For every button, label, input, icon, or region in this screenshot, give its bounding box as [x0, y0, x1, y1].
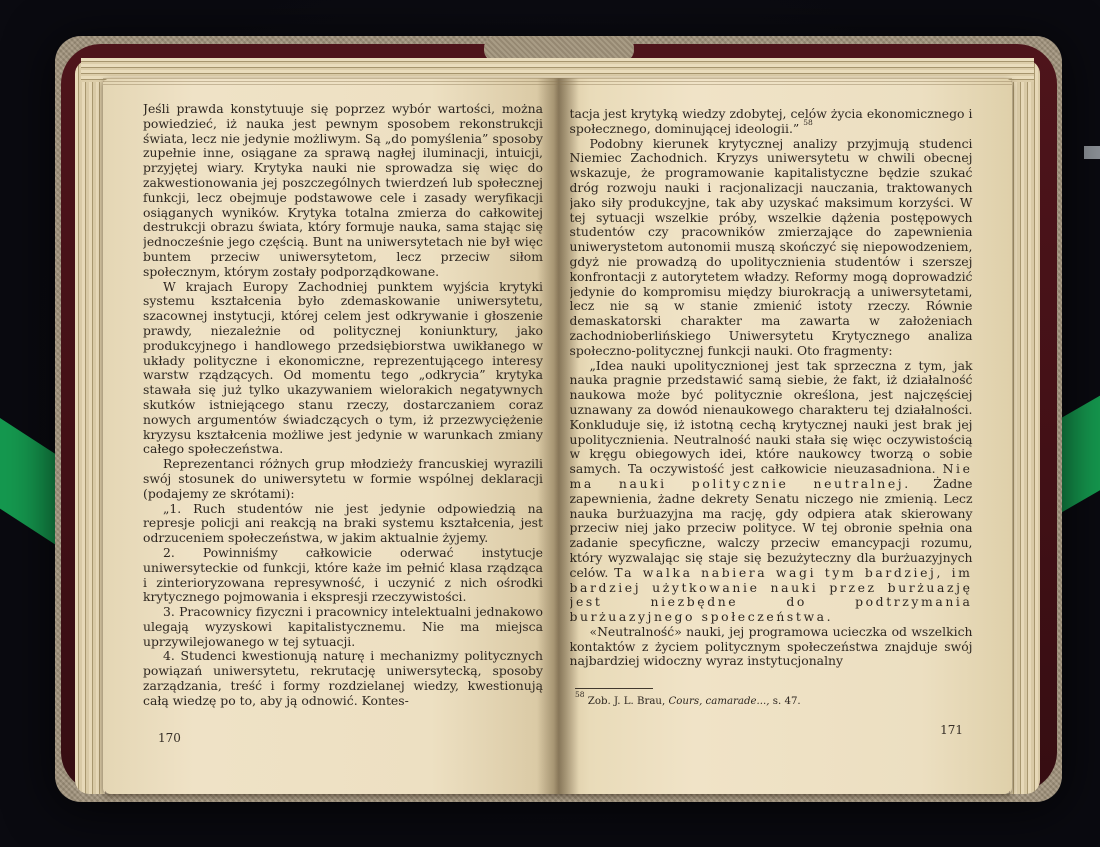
paragraph: Jeśli prawda konstytuuje się poprzez wyb… — [143, 102, 543, 280]
text-segment: 4. Studenci kwestionują naturę i mechani… — [143, 648, 543, 707]
page-left: Jeśli prawda konstytuuje się poprzez wyb… — [103, 78, 558, 794]
text-segment: Zob. J. L. Brau, — [585, 696, 669, 707]
text-segment: «Neutralność» nauki, jej programowa ucie… — [570, 624, 973, 669]
text-segment: 58 — [575, 690, 585, 699]
paragraph: Reprezentanci różnych grup młodzieży fra… — [143, 457, 543, 501]
page-stack-edge-left — [75, 60, 105, 794]
paragraph: W krajach Europy Zachodniej punktem wyjś… — [143, 280, 543, 458]
text-segment: Reprezentanci różnych grup młodzieży fra… — [143, 456, 543, 501]
footnote-rule — [575, 688, 653, 689]
page-right-text: tacja jest krytyką wiedzy zdobytej, celó… — [570, 107, 973, 685]
page-stack-edge-right — [1010, 60, 1040, 794]
paragraph: «Neutralność» nauki, jej programowa ucie… — [570, 625, 973, 669]
text-segment: tacja jest krytyką wiedzy zdobytej, celó… — [570, 107, 973, 136]
page-number-left: 170 — [158, 731, 181, 745]
text-segment: Jeśli prawda konstytuuje się poprzez wyb… — [143, 102, 543, 279]
text-segment: s. 47. — [770, 696, 801, 707]
paragraph: 4. Studenci kwestionują naturę i mechani… — [143, 649, 543, 708]
text-segment: 2. Powinniśmy całkowicie oderwać instytu… — [143, 545, 543, 604]
text-segment: 3. Pracownicy fizyczni i pracownicy inte… — [143, 604, 543, 649]
paragraph: 2. Powinniśmy całkowicie oderwać instytu… — [143, 546, 543, 605]
paragraph: „Idea nauki upolitycznionej jest tak spr… — [570, 359, 973, 625]
paragraph: tacja jest krytyką wiedzy zdobytej, celó… — [570, 107, 973, 137]
text-segment: 58 — [803, 118, 813, 127]
open-book: Jeśli prawda konstytuuje się poprzez wyb… — [55, 36, 1062, 802]
open-pages: Jeśli prawda konstytuuje się poprzez wyb… — [103, 78, 1012, 794]
page-left-text: Jeśli prawda konstytuuje się poprzez wyb… — [143, 102, 543, 724]
page-right: tacja jest krytyką wiedzy zdobytej, celó… — [558, 78, 1013, 794]
text-segment: Podobny kierunek krytycznej analizy przy… — [570, 136, 973, 358]
text-segment: Cours, camarade..., — [668, 696, 769, 707]
photo-background: Jeśli prawda konstytuuje się poprzez wyb… — [0, 0, 1100, 847]
paragraph: 3. Pracownicy fizyczni i pracownicy inte… — [143, 605, 543, 649]
footnote-text: 58 Zob. J. L. Brau, Cours, camarade..., … — [575, 695, 930, 708]
paragraph: „1. Ruch studentów nie jest jedynie odpo… — [143, 502, 543, 546]
text-segment: „Idea nauki upolitycznionej jest tak spr… — [570, 358, 973, 477]
gutter-shadow — [537, 78, 579, 794]
page-number-right: 171 — [940, 723, 963, 737]
top-sheet-lines — [103, 78, 1012, 87]
footnote: 58 Zob. J. L. Brau, Cours, camarade..., … — [575, 688, 930, 708]
gray-bar — [1084, 146, 1100, 159]
text-segment: W krajach Europy Zachodniej punktem wyjś… — [143, 279, 543, 457]
text-segment: „1. Ruch studentów nie jest jedynie odpo… — [143, 501, 543, 546]
text-segment: Ta walka nabiera wagi tym bardziej, im b… — [570, 565, 973, 624]
paragraph: Podobny kierunek krytycznej analizy przy… — [570, 137, 973, 359]
